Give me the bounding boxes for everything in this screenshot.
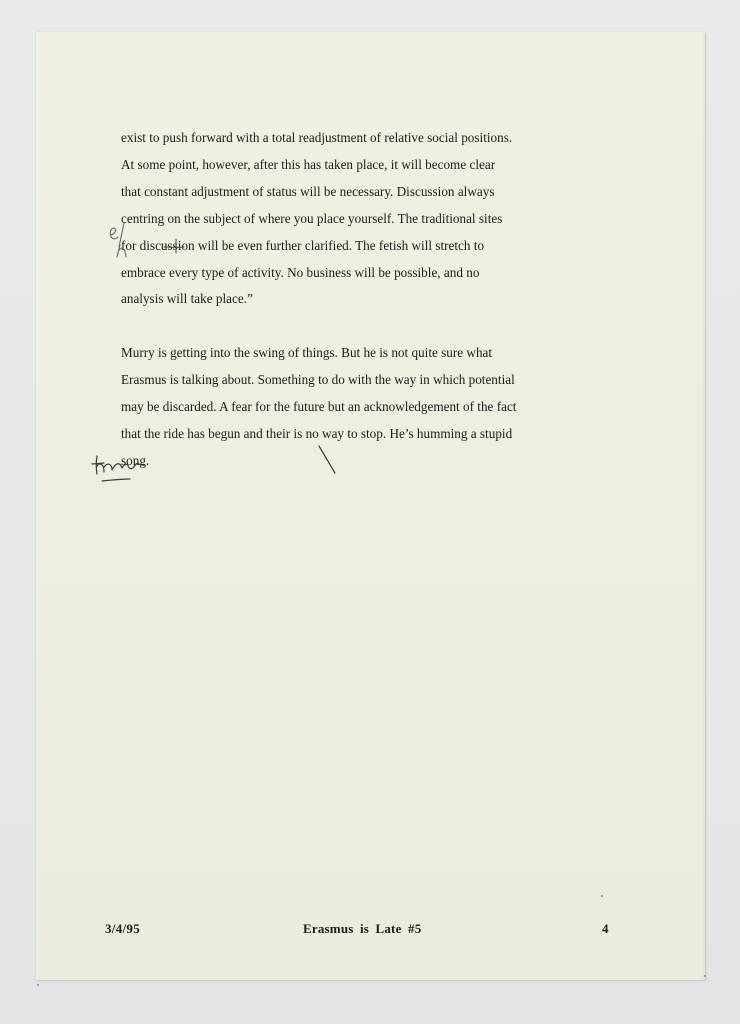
footer-title: Erasmus is Late #5 xyxy=(303,921,421,937)
paragraph-gap xyxy=(121,313,541,340)
text-line: At some point, however, after this has t… xyxy=(121,152,541,179)
page-footer: 3/4/95 Erasmus is Late #5 4 xyxy=(36,921,705,941)
body-text: exist to push forward with a total readj… xyxy=(121,125,541,475)
paper-speck xyxy=(704,975,706,977)
text-line: Erasmus is talking about. Something to d… xyxy=(121,367,541,394)
text-line: may be discarded. A fear for the future … xyxy=(121,394,541,421)
text-line: for discussion will be even further clar… xyxy=(121,233,541,260)
page-number: 4 xyxy=(602,921,609,937)
text-line: embrace every type of activity. No busin… xyxy=(121,260,541,287)
manuscript-page: exist to push forward with a total readj… xyxy=(36,32,705,980)
paper-speck xyxy=(601,895,603,897)
text-line: that constant adjustment of status will … xyxy=(121,179,541,206)
text-line: centring on the subject of where you pla… xyxy=(121,206,541,233)
footer-date: 3/4/95 xyxy=(105,921,140,937)
text-line: song. xyxy=(121,448,541,475)
paper-speck xyxy=(37,984,39,986)
text-line: Murry is getting into the swing of thing… xyxy=(121,340,541,367)
text-line: that the ride has begun and their is no … xyxy=(121,421,541,448)
text-line: analysis will take place.” xyxy=(121,286,541,313)
text-line: exist to push forward with a total readj… xyxy=(121,125,541,152)
